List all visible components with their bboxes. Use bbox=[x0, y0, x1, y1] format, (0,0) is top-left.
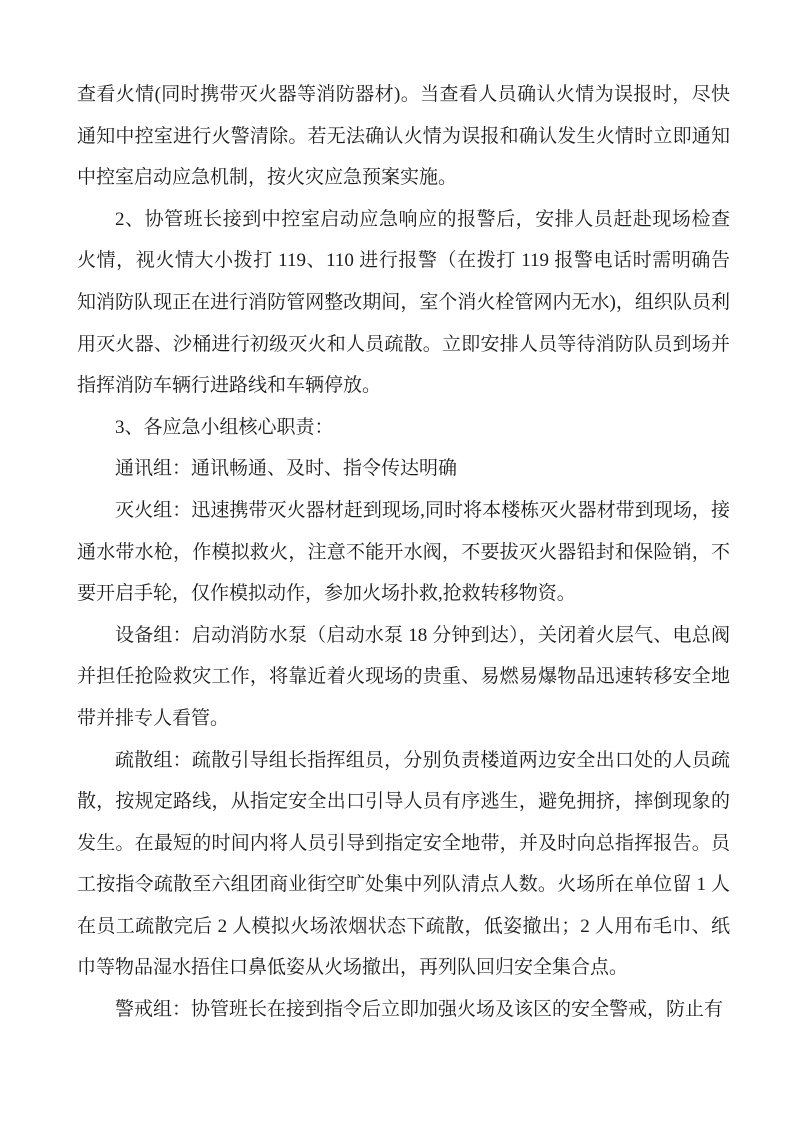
document-page: 查看火情(同时携带灭火器等消防器材)。当查看人员确认火情为误报时，尽快通知中控室… bbox=[0, 0, 793, 1122]
paragraph-equipment-group: 设备组：启动消防水泵（启动水泵 18 分钟到达），关闭着火层气、电总阀并担任抢险… bbox=[77, 615, 730, 740]
paragraph-continuation-fire-check: 查看火情(同时携带灭火器等消防器材)。当查看人员确认火情为误报时，尽快通知中控室… bbox=[77, 74, 730, 199]
paragraph-evacuation-group: 疏散组：疏散引导组长指挥组员，分别负责楼道两边安全出口处的人员疏散，按规定路线，… bbox=[77, 740, 730, 990]
paragraph-firefighting-group: 灭火组：迅速携带灭火器材赶到现场,同时将本楼栋灭火器材带到现场，接通水带水枪，作… bbox=[77, 490, 730, 615]
paragraph-item-2-duty-leader: 2、协管班长接到中控室启动应急响应的报警后，安排人员赶赴现场检查火情，视火情大小… bbox=[77, 199, 730, 407]
paragraph-item-3-group-duties-heading: 3、各应急小组核心职责： bbox=[77, 407, 730, 449]
paragraph-security-group: 警戒组：协管班长在接到指令后立即加强火场及该区的安全警戒，防止有 bbox=[77, 989, 730, 1031]
paragraph-communication-group: 通讯组：通讯畅通、及时、指令传达明确 bbox=[77, 448, 730, 490]
